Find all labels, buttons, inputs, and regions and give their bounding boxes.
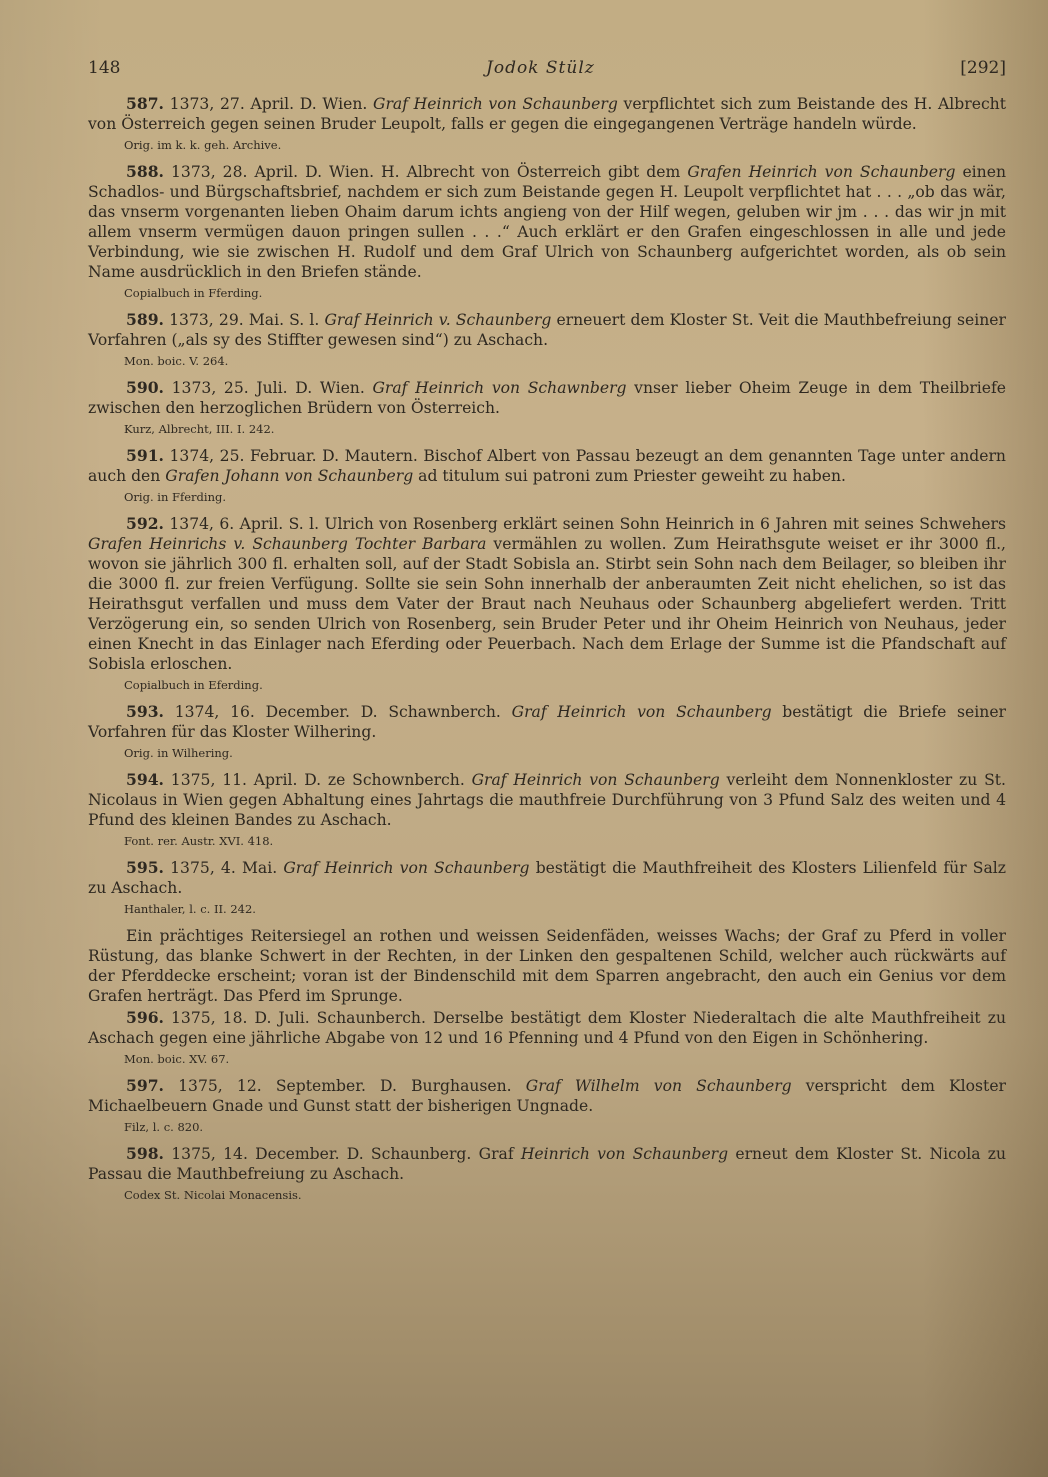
entry-number: 592. <box>126 514 164 533</box>
seal-description: Ein prächtiges Reitersiegel an rothen un… <box>88 926 1006 1006</box>
entry-source: Kurz, Albrecht, III. I. 242. <box>124 422 1006 436</box>
document-page: 148 Jodok Stülz [292] 587. 1373, 27. Apr… <box>88 58 1006 1212</box>
entry-name: Grafen Heinrichs v. Schaunberg Tochter B… <box>88 535 486 553</box>
section-number: [292] <box>960 58 1006 78</box>
entry-number: 589. <box>126 310 164 329</box>
entry-text: 1373, 28. April. D. Wien. H. Albrecht vo… <box>171 163 687 181</box>
regest-entry: 598. 1375, 14. December. D. Schaunberg. … <box>88 1144 1006 1184</box>
entry-source: Hanthaler, l. c. II. 242. <box>124 902 1006 916</box>
regest-entry: 587. 1373, 27. April. D. Wien. Graf Hein… <box>88 94 1006 134</box>
entry-number: 596. <box>126 1008 164 1027</box>
regest-entry: 593. 1374, 16. December. D. Schawnberch.… <box>88 702 1006 742</box>
entry-name: Heinrich von Schaunberg <box>521 1145 728 1163</box>
entry-source: Orig. in Fferding. <box>124 490 1006 504</box>
entry-name: Graf Heinrich von Schaunberg <box>472 771 720 789</box>
entry-text: 1373, 27. April. D. Wien. <box>170 95 373 113</box>
regest-entry: 592. 1374, 6. April. S. l. Ulrich von Ro… <box>88 514 1006 674</box>
entry-source: Orig. in Wilhering. <box>124 746 1006 760</box>
regest-entry: 596. 1375, 18. D. Juli. Schaunberch. Der… <box>88 1008 1006 1048</box>
entry-source: Copialbuch in Eferding. <box>124 678 1006 692</box>
entry-text: 1375, 4. Mai. <box>170 859 283 877</box>
entry-source: Orig. im k. k. geh. Archive. <box>124 138 1006 152</box>
entry-name: Graf Wilhelm von Schaunberg <box>526 1077 792 1095</box>
entry-source: Copialbuch in Fferding. <box>124 286 1006 300</box>
entry-source: Codex St. Nicolai Monacensis. <box>124 1188 1006 1202</box>
entry-text: 1375, 12. September. D. Burghausen. <box>178 1077 526 1095</box>
entry-source: Mon. boic. XV. 67. <box>124 1052 1006 1066</box>
entry-text: vermählen zu wollen. Zum Heirathsgute we… <box>88 535 1006 673</box>
running-header: 148 Jodok Stülz [292] <box>88 58 1006 78</box>
entry-text: 1374, 16. December. D. Schawnberch. <box>175 703 512 721</box>
entry-text: ad titulum sui patroni zum Priester gewe… <box>413 467 846 485</box>
entry-number: 598. <box>126 1144 164 1163</box>
entry-name: Graf Heinrich v. Schaunberg <box>324 311 551 329</box>
entry-number: 588. <box>126 162 164 181</box>
entry-number: 595. <box>126 858 164 877</box>
entry-text: 1375, 11. April. D. ze Schownberch. <box>171 771 472 789</box>
entry-number: 587. <box>126 94 164 113</box>
entry-number: 593. <box>126 702 164 721</box>
entry-text: 1373, 29. Mai. S. l. <box>169 311 324 329</box>
entry-source: Font. rer. Austr. XVI. 418. <box>124 834 1006 848</box>
regest-entry: 597. 1375, 12. September. D. Burghausen.… <box>88 1076 1006 1116</box>
entry-text: 1374, 6. April. S. l. Ulrich von Rosenbe… <box>169 515 1006 533</box>
regest-entry: 590. 1373, 25. Juli. D. Wien. Graf Heinr… <box>88 378 1006 418</box>
regest-entry: 588. 1373, 28. April. D. Wien. H. Albrec… <box>88 162 1006 282</box>
entry-number: 591. <box>126 446 164 465</box>
entry-text: 1375, 18. D. Juli. Schaunberch. Derselbe… <box>88 1009 1006 1047</box>
entry-number: 597. <box>126 1076 164 1095</box>
entry-text: 1373, 25. Juli. D. Wien. <box>172 379 373 397</box>
entry-name: Grafen Johann von Schaunberg <box>165 467 413 485</box>
entry-name: Graf Heinrich von Schaunberg <box>512 703 772 721</box>
regest-entry: 591. 1374, 25. Februar. D. Mautern. Bisc… <box>88 446 1006 486</box>
regest-entry: 589. 1373, 29. Mai. S. l. Graf Heinrich … <box>88 310 1006 350</box>
entry-number: 590. <box>126 378 164 397</box>
entry-source: Mon. boic. V. 264. <box>124 354 1006 368</box>
running-title: Jodok Stülz <box>486 58 595 78</box>
entry-name: Graf Heinrich von Schaunberg <box>283 859 529 877</box>
entry-text: 1375, 14. December. D. Schaunberg. Graf <box>171 1145 521 1163</box>
entry-number: 594. <box>126 770 164 789</box>
entry-name: Graf Heinrich von Schaunberg <box>373 95 618 113</box>
page-number: 148 <box>88 58 120 78</box>
regest-entry: 595. 1375, 4. Mai. Graf Heinrich von Sch… <box>88 858 1006 898</box>
regest-entry: 594. 1375, 11. April. D. ze Schownberch.… <box>88 770 1006 830</box>
entry-name: Grafen Heinrich von Schaunberg <box>687 163 955 181</box>
entry-source: Filz, l. c. 820. <box>124 1120 1006 1134</box>
entry-name: Graf Heinrich von Schawnberg <box>372 379 626 397</box>
